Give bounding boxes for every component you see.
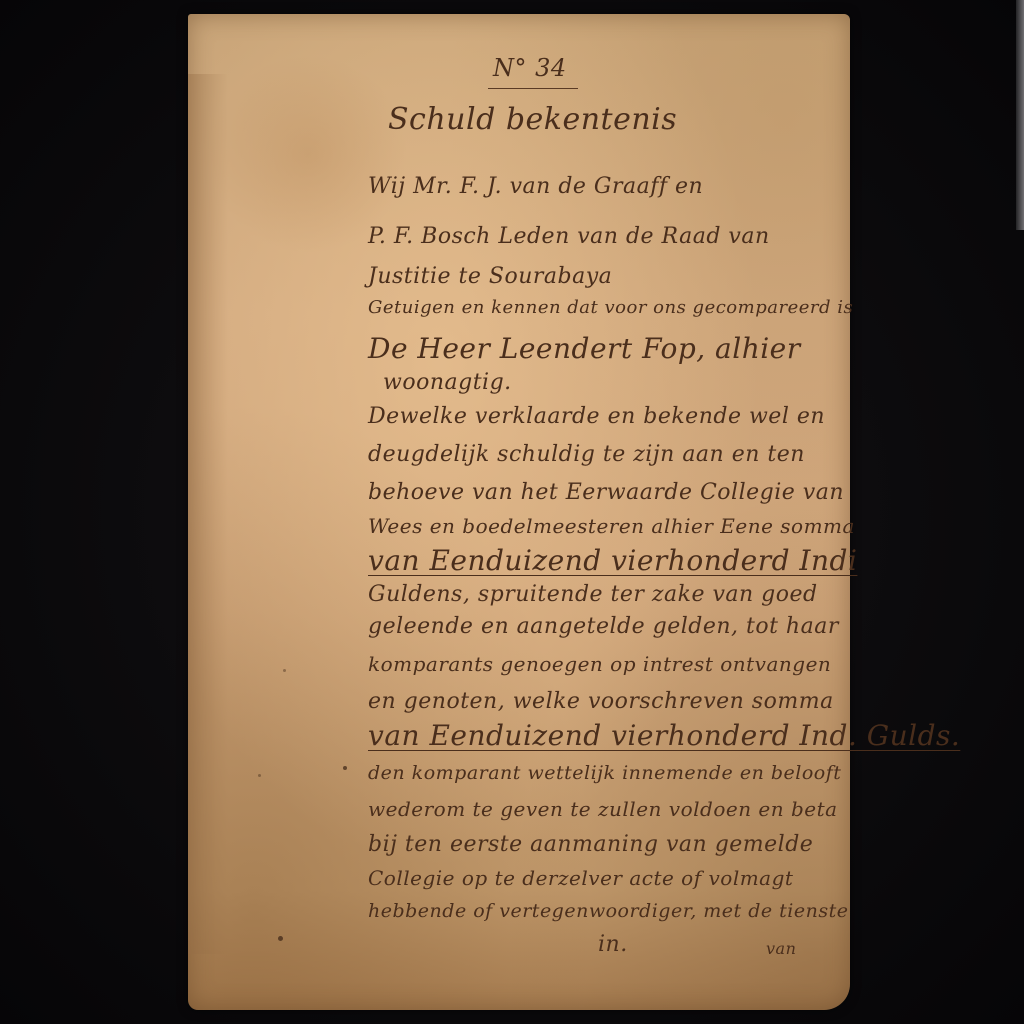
- text-line-7: Dewelke verklaarde en bekende wel en: [368, 404, 825, 429]
- document-title: Schuld bekentenis: [388, 102, 677, 137]
- text-line-10: Wees en boedelmeesteren alhier Eene somm…: [368, 514, 855, 538]
- text-line-8: deugdelijk schuldig te zijn aan en ten: [368, 442, 805, 467]
- text-line-11: van Eenduizend vierhonderd Indi: [368, 544, 857, 577]
- text-line-20: Collegie op te derzelver acte of volmagt: [368, 866, 793, 890]
- ink-spot: [258, 774, 261, 777]
- text-line-16: van Eenduizend vierhonderd Ind. Gulds.: [368, 719, 960, 752]
- text-line-6: woonagtig.: [383, 370, 512, 395]
- text-line-17: den komparant wettelijk innemende en bel…: [368, 762, 841, 784]
- text-line-19: bij ten eerste aanmaning van gemelde: [368, 832, 813, 857]
- text-line-13: geleende en aangetelde gelden, tot haar: [368, 614, 839, 639]
- document-number: N° 34: [493, 54, 567, 82]
- manuscript-page: N° 34 Schuld bekentenis Wij Mr. F. J. va…: [188, 14, 850, 1010]
- ink-spot: [283, 669, 286, 672]
- ink-spot: [343, 766, 347, 770]
- ink-spot: [278, 936, 283, 941]
- text-line-22: in.: [598, 932, 628, 957]
- text-line-5: De Heer Leendert Fop, alhier: [368, 332, 801, 365]
- page-catchword: van: [766, 939, 796, 958]
- text-line-21: hebbende of vertegenwoordiger, met de ti…: [368, 900, 848, 922]
- background-edge-strip: [1016, 0, 1024, 230]
- text-line-4: Getuigen en kennen dat voor ons gecompar…: [368, 297, 853, 318]
- number-underline: [488, 88, 578, 89]
- text-line-3: Justitie te Sourabaya: [368, 264, 612, 289]
- text-line-2: P. F. Bosch Leden van de Raad van: [368, 224, 770, 249]
- text-line-15: en genoten, welke voorschreven somma: [368, 689, 834, 714]
- text-line-12: Guldens, spruitende ter zake van goed: [368, 582, 818, 607]
- text-line-14: komparants genoegen op intrest ontvangen: [368, 652, 831, 676]
- text-line-9: behoeve van het Eerwaarde Collegie van: [368, 480, 844, 505]
- text-line-1: Wij Mr. F. J. van de Graaff en: [368, 174, 703, 199]
- text-line-18: wederom te geven te zullen voldoen en be…: [368, 797, 838, 821]
